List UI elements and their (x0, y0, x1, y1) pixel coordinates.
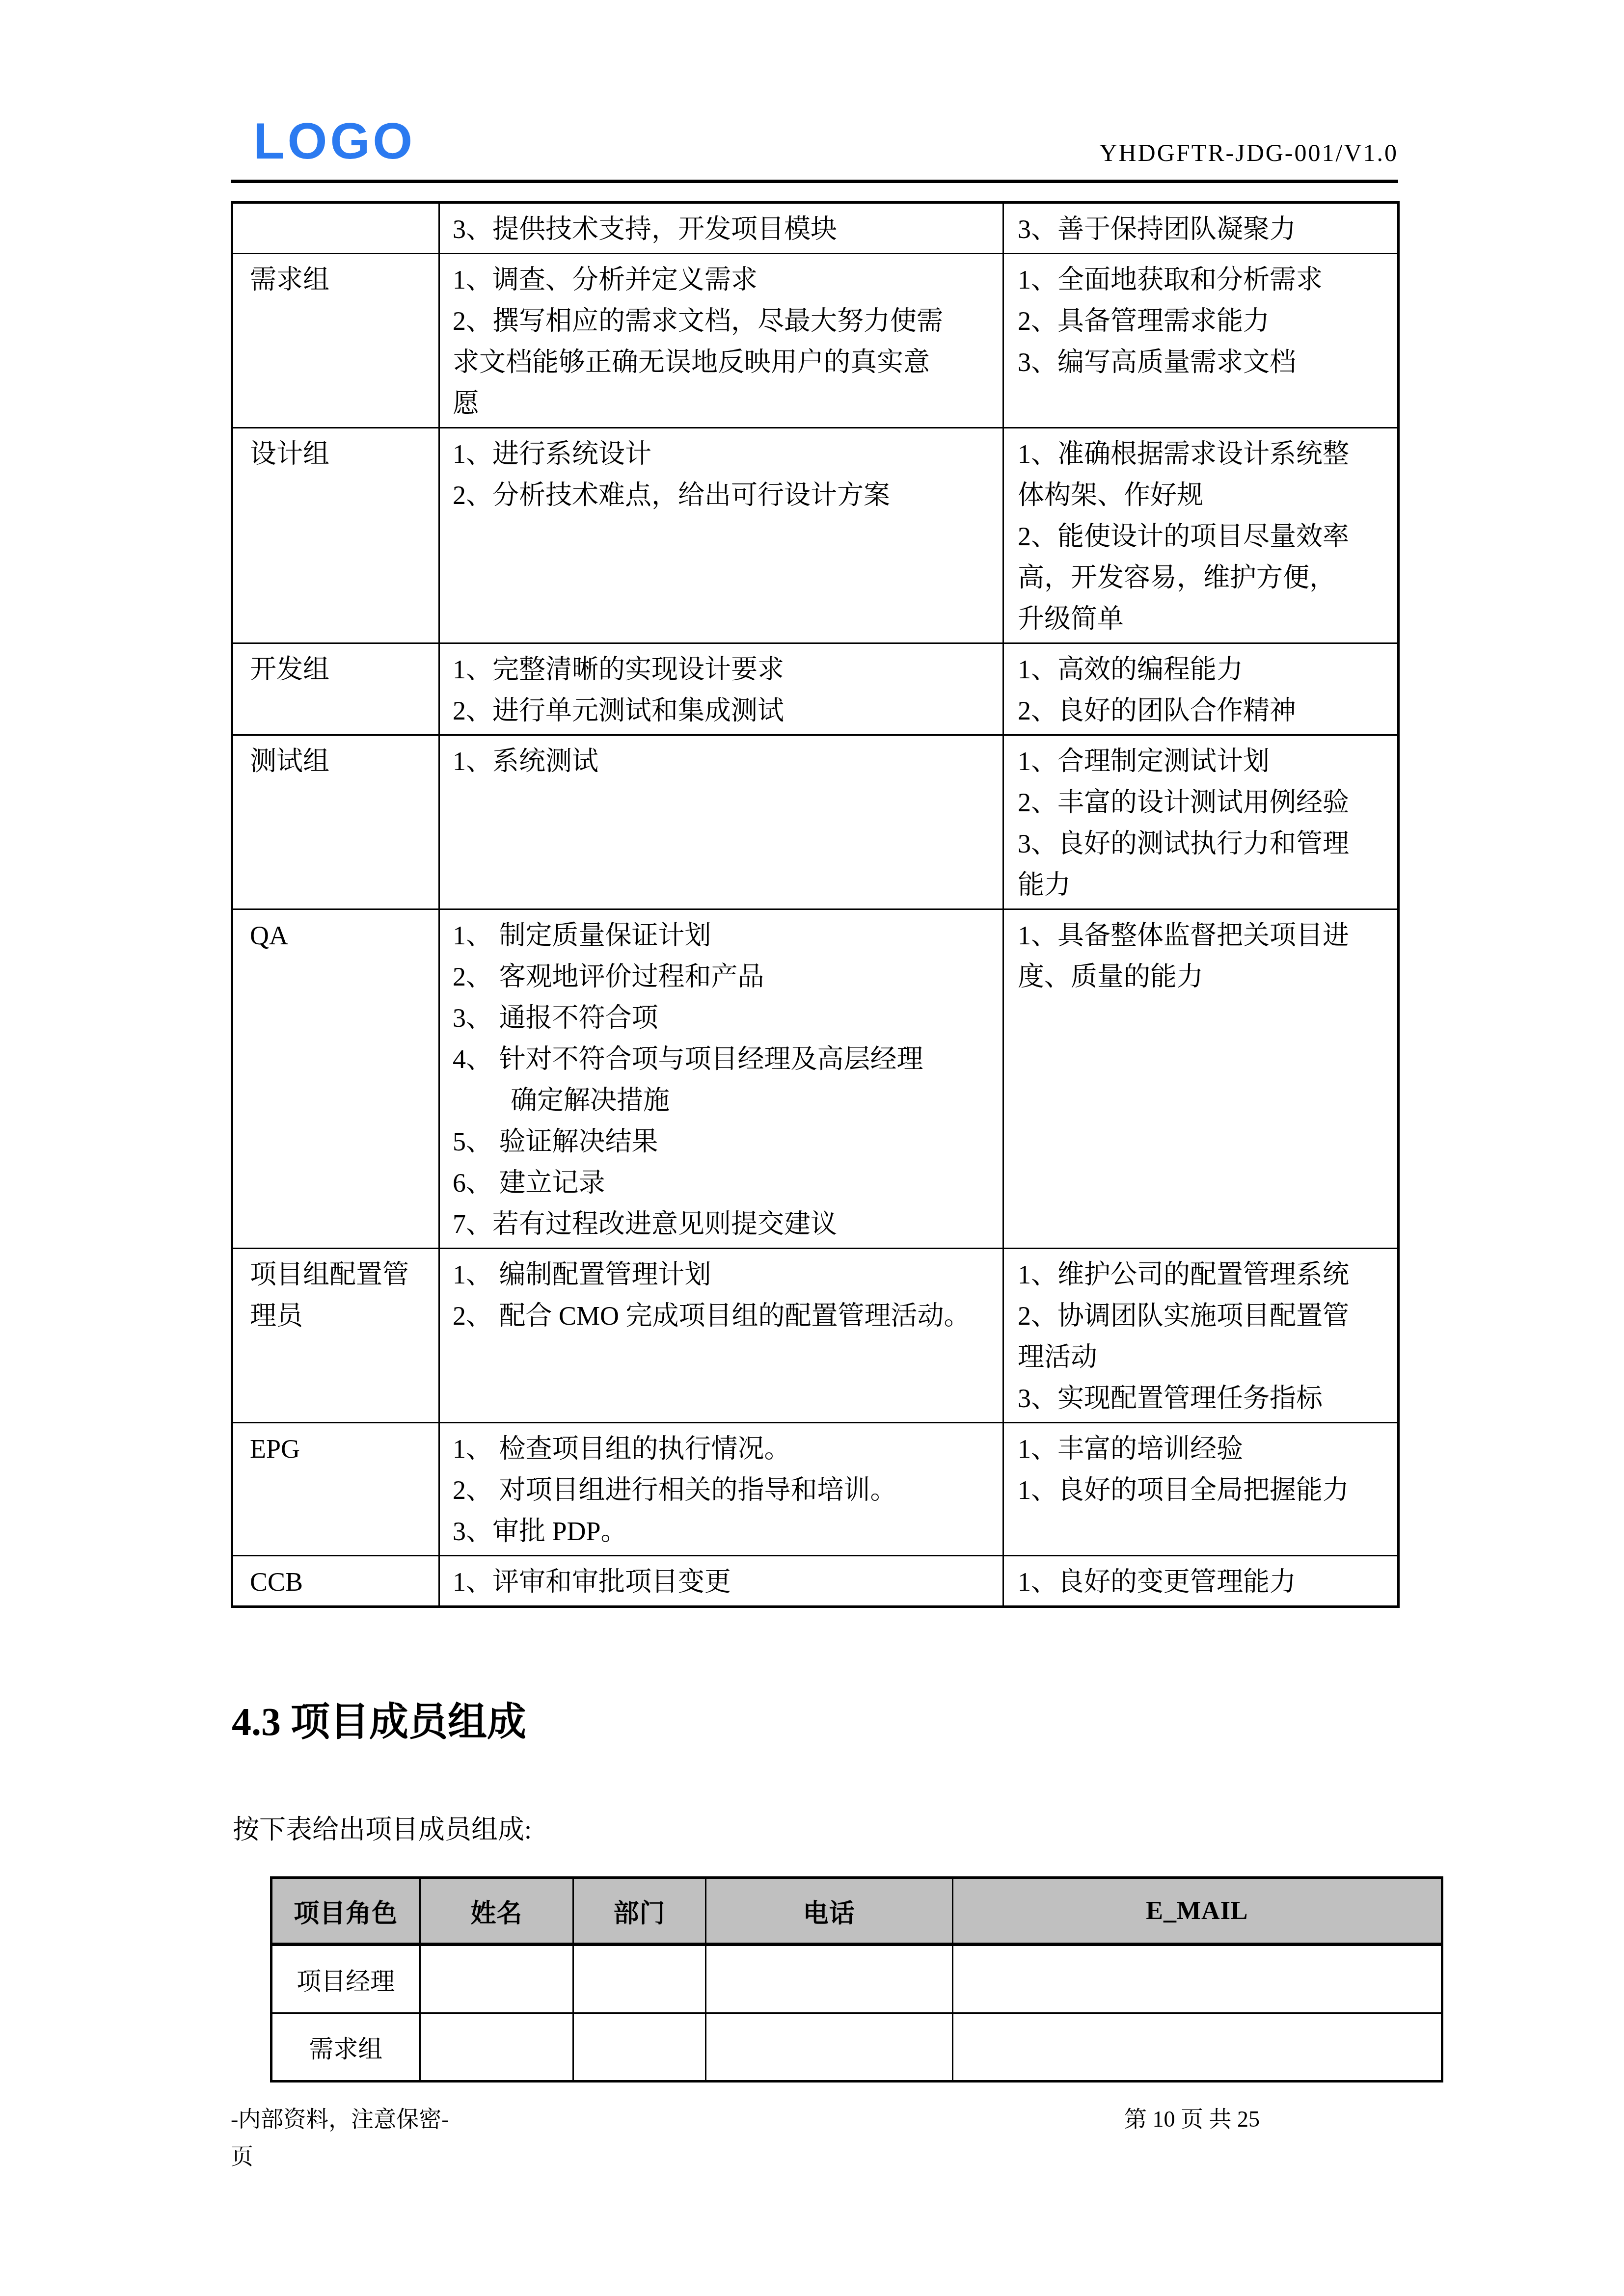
footer-wrapped-char: 页 (231, 2138, 1398, 2175)
document-id: YHDGFTR-JDG-001/V1.0 (1099, 140, 1398, 167)
duty-item: 1、评审和审批项目变更 (453, 1561, 991, 1602)
duty-item: 2、进行单元测试和集成测试 (453, 690, 991, 731)
page-footer: -内部资料，注意保密- 第 10 页 共 25 页 (231, 2101, 1398, 2175)
duty-item: 1、 检查项目组的执行情况。 (453, 1428, 991, 1469)
member-cell (705, 2013, 952, 2082)
duty-item: 3、 通报不符合项 (453, 997, 991, 1039)
role-name: CCB (250, 1561, 433, 1602)
members-table: 项目角色姓名部门电话E_MAIL 项目经理需求组 (270, 1876, 1443, 2082)
member-cell (420, 2013, 573, 2082)
role-row: 项目组配置管 理员1、 编制配置管理计划2、 配合 CMO 完成项目组的配置管理… (232, 1249, 1399, 1423)
intro-paragraph: 按下表给出项目成员组成: (233, 1809, 532, 1850)
role-row: 需求组1、调查、分析并定义需求2、撰写相应的需求文档，尽最大努力使需 求文档能够… (232, 254, 1399, 428)
duty-item: 2、分析技术难点，给出可行设计方案 (453, 475, 991, 516)
skill-item: 2、具备管理需求能力 (1018, 300, 1373, 342)
duty-item: 2、撰写相应的需求文档，尽最大努力使需 求文档能够正确无误地反映用户的真实意 愿 (453, 300, 991, 424)
role-name: 测试组 (250, 741, 433, 782)
skill-item: 1、准确根据需求设计系统整 体构架、作好规 (1018, 433, 1373, 516)
duty-item: 2、 客观地评价过程和产品 (453, 956, 991, 997)
skill-item: 2、良好的团队合作精神 (1018, 690, 1373, 731)
member-cell (573, 1945, 706, 2013)
skill-item: 3、善于保持团队凝聚力 (1018, 209, 1373, 250)
role-name-cell: 设计组 (232, 428, 439, 643)
duty-item: 1、进行系统设计 (453, 433, 991, 475)
role-name: EPG (250, 1428, 433, 1469)
section-title: 项目成员组成 (291, 1700, 526, 1743)
duty-item: 1、 编制配置管理计划 (453, 1254, 991, 1295)
member-cell: 需求组 (271, 2013, 420, 2082)
role-name: QA (250, 915, 433, 956)
duty-item: 3、审批 PDP。 (453, 1511, 991, 1552)
roles-table: 3、提供技术支持，开发项目模块3、善于保持团队凝聚力需求组1、调查、分析并定义需… (231, 201, 1400, 1608)
skill-item: 1、具备整体监督把关项目进 度、质量的能力 (1018, 915, 1373, 997)
duty-item: 5、 验证解决结果 (453, 1121, 991, 1162)
role-name-cell: QA (232, 909, 439, 1249)
duty-item: 1、完整清晰的实现设计要求 (453, 649, 991, 690)
duty-item: 2、 配合 CMO 完成项目组的配置管理活动。 (453, 1295, 991, 1336)
role-name: 设计组 (250, 433, 433, 475)
member-cell (573, 2013, 706, 2082)
section-heading: 4.3 项目成员组成 (232, 1699, 526, 1745)
roles-table-body: 3、提供技术支持，开发项目模块3、善于保持团队凝聚力需求组1、调查、分析并定义需… (232, 203, 1399, 1607)
skill-item: 2、能使设计的项目尽量效率 高，开发容易，维护方便， 升级简单 (1018, 516, 1373, 640)
duty-item: 3、提供技术支持，开发项目模块 (453, 209, 991, 250)
role-name-cell: 需求组 (232, 254, 439, 428)
member-cell (952, 2013, 1442, 2082)
member-cell (705, 1945, 952, 2013)
role-row: 测试组1、系统测试1、合理制定测试计划2、丰富的设计测试用例经验3、良好的测试执… (232, 735, 1399, 909)
duty-item: 4、 针对不符合项与项目经理及高层经理 确定解决措施 (453, 1039, 991, 1121)
members-column-header: 部门 (573, 1878, 706, 1945)
duty-item: 6、 建立记录 (453, 1162, 991, 1203)
skills-cell: 1、合理制定测试计划2、丰富的设计测试用例经验3、良好的测试执行力和管理 能力 (1003, 735, 1399, 909)
skill-item: 1、维护公司的配置管理系统 (1018, 1254, 1373, 1295)
skill-item: 1、合理制定测试计划 (1018, 741, 1373, 782)
members-table-body: 项目经理需求组 (271, 1945, 1442, 2082)
role-name-cell: 测试组 (232, 735, 439, 909)
duty-item: 7、若有过程改进意见则提交建议 (453, 1203, 991, 1245)
duty-item: 1、系统测试 (453, 741, 991, 782)
skills-cell: 1、丰富的培训经验1、良好的项目全局把握能力 (1003, 1423, 1399, 1556)
skills-cell: 1、准确根据需求设计系统整 体构架、作好规2、能使设计的项目尽量效率 高，开发容… (1003, 428, 1399, 643)
members-column-header: E_MAIL (952, 1878, 1442, 1945)
role-name-cell: 开发组 (232, 643, 439, 735)
skill-item: 1、全面地获取和分析需求 (1018, 259, 1373, 300)
members-column-header: 项目角色 (271, 1878, 420, 1945)
skill-item: 2、协调团队实施项目配置管 理活动 (1018, 1295, 1373, 1378)
skill-item: 1、良好的变更管理能力 (1018, 1561, 1373, 1602)
skills-cell: 1、良好的变更管理能力 (1003, 1556, 1399, 1607)
member-cell (420, 1945, 573, 2013)
company-logo: LOGO (253, 116, 415, 167)
footer-confidential-text: -内部资料，注意保密- (231, 2107, 449, 2132)
role-name-cell: 项目组配置管 理员 (232, 1249, 439, 1423)
duties-cell: 3、提供技术支持，开发项目模块 (439, 203, 1003, 254)
role-name-cell: EPG (232, 1423, 439, 1556)
duty-item: 2、 对项目组进行相关的指导和培训。 (453, 1469, 991, 1511)
role-row: 设计组1、进行系统设计2、分析技术难点，给出可行设计方案1、准确根据需求设计系统… (232, 428, 1399, 643)
duties-cell: 1、评审和审批项目变更 (439, 1556, 1003, 1607)
footer-confidential-line: -内部资料，注意保密- 第 10 页 共 25 (231, 2101, 1398, 2138)
skill-item: 1、高效的编程能力 (1018, 649, 1373, 690)
role-row: 3、提供技术支持，开发项目模块3、善于保持团队凝聚力 (232, 203, 1399, 254)
member-cell (952, 1945, 1442, 2013)
role-row: CCB1、评审和审批项目变更1、良好的变更管理能力 (232, 1556, 1399, 1607)
duties-cell: 1、 检查项目组的执行情况。2、 对项目组进行相关的指导和培训。3、审批 PDP… (439, 1423, 1003, 1556)
footer-page-number: 第 10 页 共 25 (1124, 2101, 1260, 2138)
duties-cell: 1、 编制配置管理计划2、 配合 CMO 完成项目组的配置管理活动。 (439, 1249, 1003, 1423)
page-header: LOGO YHDGFTR-JDG-001/V1.0 (231, 116, 1398, 183)
member-cell: 项目经理 (271, 1945, 420, 2013)
skill-item: 3、良好的测试执行力和管理 能力 (1018, 823, 1373, 906)
skills-cell: 3、善于保持团队凝聚力 (1003, 203, 1399, 254)
skill-item: 1、丰富的培训经验 (1018, 1428, 1373, 1469)
header-rule (231, 180, 1398, 183)
role-name: 项目组配置管 理员 (250, 1254, 433, 1336)
duty-item: 1、 制定质量保证计划 (453, 915, 991, 956)
skill-item: 1、良好的项目全局把握能力 (1018, 1469, 1373, 1511)
duties-cell: 1、完整清晰的实现设计要求2、进行单元测试和集成测试 (439, 643, 1003, 735)
skills-cell: 1、具备整体监督把关项目进 度、质量的能力 (1003, 909, 1399, 1249)
role-row: 开发组1、完整清晰的实现设计要求2、进行单元测试和集成测试1、高效的编程能力2、… (232, 643, 1399, 735)
skill-item: 2、丰富的设计测试用例经验 (1018, 782, 1373, 823)
members-column-header: 姓名 (420, 1878, 573, 1945)
role-name-cell: CCB (232, 1556, 439, 1607)
duties-cell: 1、进行系统设计2、分析技术难点，给出可行设计方案 (439, 428, 1003, 643)
members-header-row: 项目角色姓名部门电话E_MAIL (271, 1878, 1442, 1945)
role-row: EPG1、 检查项目组的执行情况。2、 对项目组进行相关的指导和培训。3、审批 … (232, 1423, 1399, 1556)
duties-cell: 1、调查、分析并定义需求2、撰写相应的需求文档，尽最大努力使需 求文档能够正确无… (439, 254, 1003, 428)
skills-cell: 1、高效的编程能力2、良好的团队合作精神 (1003, 643, 1399, 735)
skills-cell: 1、全面地获取和分析需求2、具备管理需求能力3、编写高质量需求文档 (1003, 254, 1399, 428)
role-name: 开发组 (250, 649, 433, 690)
document-page: LOGO YHDGFTR-JDG-001/V1.0 3、提供技术支持，开发项目模… (0, 0, 1624, 2296)
duties-cell: 1、系统测试 (439, 735, 1003, 909)
skill-item: 3、实现配置管理任务指标 (1018, 1378, 1373, 1419)
role-row: QA1、 制定质量保证计划2、 客观地评价过程和产品3、 通报不符合项4、 针对… (232, 909, 1399, 1249)
role-name-cell (232, 203, 439, 254)
skill-item: 3、编写高质量需求文档 (1018, 342, 1373, 383)
skills-cell: 1、维护公司的配置管理系统2、协调团队实施项目配置管 理活动3、实现配置管理任务… (1003, 1249, 1399, 1423)
duty-item: 1、调查、分析并定义需求 (453, 259, 991, 300)
section-number: 4.3 (232, 1701, 281, 1744)
members-column-header: 电话 (705, 1878, 952, 1945)
member-row: 项目经理 (271, 1945, 1442, 2013)
role-name: 需求组 (250, 259, 433, 300)
member-row: 需求组 (271, 2013, 1442, 2082)
duties-cell: 1、 制定质量保证计划2、 客观地评价过程和产品3、 通报不符合项4、 针对不符… (439, 909, 1003, 1249)
